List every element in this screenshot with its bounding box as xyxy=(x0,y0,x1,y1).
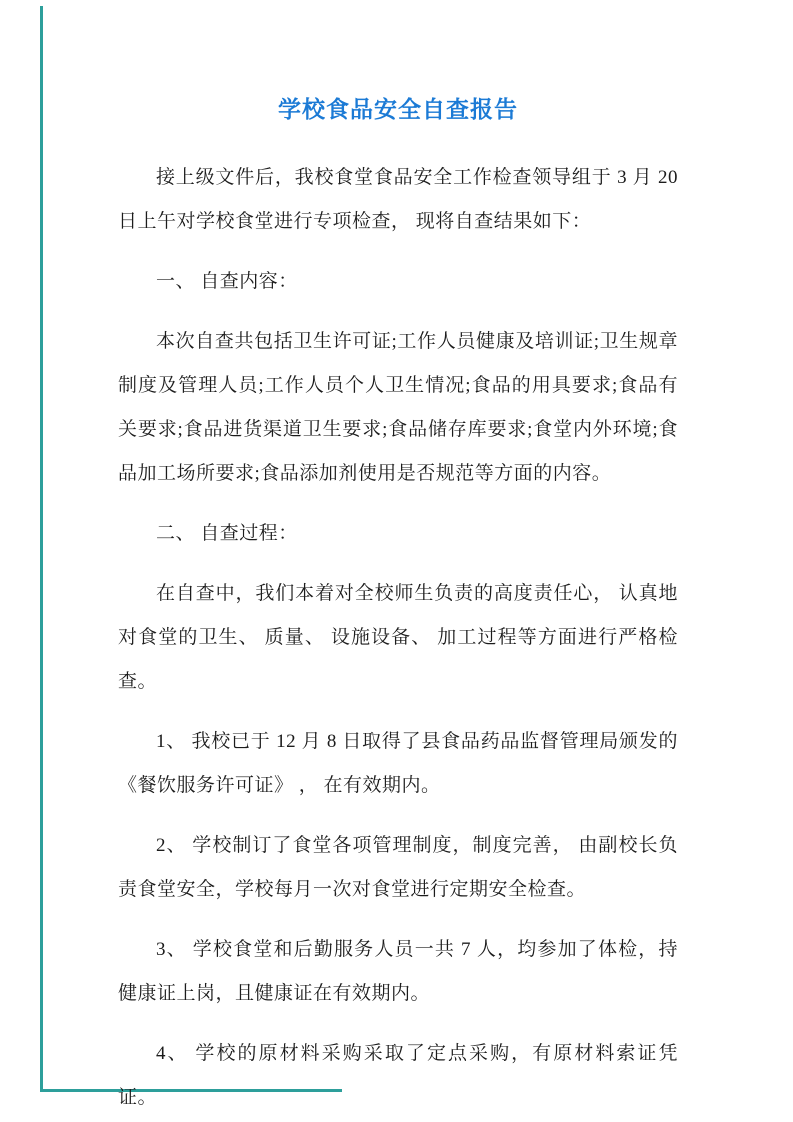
numbered-item-4: 4、 学校的原材料采购采取了定点采购，有原材料索证凭证。 xyxy=(118,1032,678,1120)
section-heading-2: 二、 自查过程： xyxy=(118,512,678,556)
page-border-left-line xyxy=(40,6,43,1092)
paragraph-inspection-process: 在自查中，我们本着对全校师生负责的高度责任心， 认真地对食堂的卫生、 质量、 设… xyxy=(118,572,678,704)
document-title: 学校食品安全自查报告 xyxy=(118,95,678,125)
numbered-item-3: 3、 学校食堂和后勤服务人员一共 7 人，均参加了体检，持健康证上岗，且健康证在… xyxy=(118,928,678,1016)
section-heading-1: 一、 自查内容： xyxy=(118,260,678,304)
paragraph-inspection-scope: 本次自查共包括卫生许可证;工作人员健康及培训证;卫生规章制度及管理人员;工作人员… xyxy=(118,320,678,496)
numbered-item-2: 2、 学校制订了食堂各项管理制度，制度完善， 由副校长负责食堂安全，学校每月一次… xyxy=(118,824,678,912)
document-content: 学校食品安全自查报告 接上级文件后，我校食堂食品安全工作检查领导组于 3 月 2… xyxy=(118,95,678,1120)
document-page: 学校食品安全自查报告 接上级文件后，我校食堂食品安全工作检查领导组于 3 月 2… xyxy=(0,0,793,1122)
paragraph-intro: 接上级文件后，我校食堂食品安全工作检查领导组于 3 月 20 日上午对学校食堂进… xyxy=(118,156,678,244)
numbered-item-1: 1、 我校已于 12 月 8 日取得了县食品药品监督管理局颁发的《餐饮服务许可证… xyxy=(118,720,678,808)
